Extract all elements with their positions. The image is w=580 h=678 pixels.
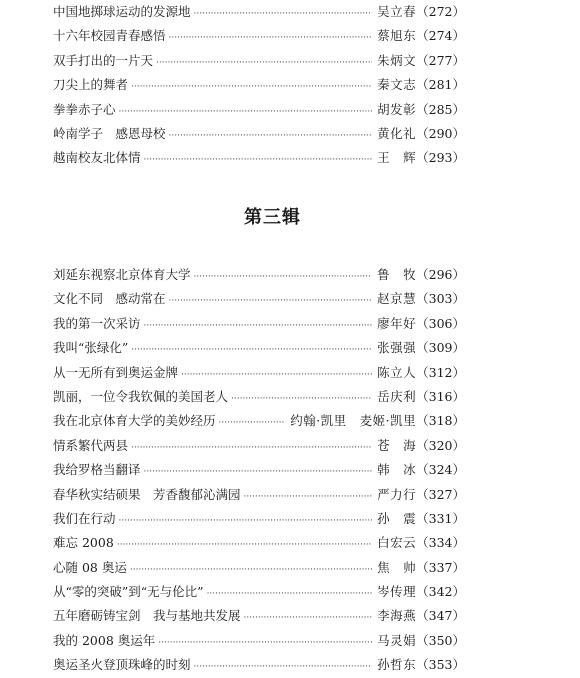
entry-page-number: （324） [416,458,465,482]
entry-page-number: （312） [416,361,465,385]
dot-leader [169,124,373,148]
entry-title: 我在北京体育大学的美妙经历 [53,409,216,433]
dot-leader [194,655,373,678]
toc-entry: 岭南学子 感恩母校黄化礼（290） [53,122,465,146]
entry-title: 岭南学子 感恩母校 [53,122,166,146]
entry-title: 我给罗格当翻译 [53,458,141,482]
toc-entry: 奥运圣火登顶珠峰的时刻孙哲东（353） [53,653,465,677]
toc-list-section-2: 中国地掷球运动的发源地吴立春（272） 十六年校园青春感悟蔡旭东（274） 双手… [53,0,465,171]
toc-entry: 从“零的突破”到“无与伦比”岑传理（342） [53,580,465,604]
toc-entry: 春华秋实结硕果 芳香馥郁沁满园严力行（327） [53,483,465,507]
entry-page-number: （347） [416,604,465,628]
toc-page: 中国地掷球运动的发源地吴立春（272） 十六年校园青春感悟蔡旭东（274） 双手… [0,0,580,678]
section-heading: 第三辑 [0,203,545,229]
dot-leader [219,411,286,435]
entry-title: 我们在行动 [53,507,116,531]
toc-entry: 从一无所有到奥运金牌陈立人（312） [53,361,465,385]
toc-entry: 双手打出的一片天朱炳文（277） [53,49,465,73]
entry-title: 我的 2008 奥运年 [53,629,155,653]
entry-author: 孙哲东 [377,653,416,677]
entry-page-number: （337） [416,556,465,580]
entry-page-number: （290） [416,122,465,146]
entry-author: 孙 震 [377,507,416,531]
dot-leader [117,533,372,557]
dot-leader [131,75,372,99]
dot-leader [194,265,373,289]
entry-title: 难忘 2008 [53,531,114,555]
toc-list-section-3: 刘延东视察北京体育大学鲁 牧（296） 文化不同 感动常在赵京慧（303） 我的… [53,263,465,678]
entry-title: 十六年校园青春感悟 [53,24,166,48]
dot-leader [131,436,372,460]
toc-entry: 心随 08 奥运焦 帅（337） [53,556,465,580]
entry-author: 李海燕 [377,604,416,628]
dot-leader [169,26,373,50]
toc-entry: 凯丽，一位令我钦佩的美国老人岳庆利（316） [53,385,465,409]
entry-author: 王 辉 [377,146,416,170]
entry-author: 张强强 [377,336,416,360]
entry-page-number: （272） [416,0,465,24]
entry-page-number: （334） [416,531,465,555]
entry-title: 从“零的突破”到“无与伦比” [53,580,204,604]
dot-leader [181,363,372,387]
entry-title: 我的第一次采访 [53,312,141,336]
entry-page-number: （316） [416,385,465,409]
dot-leader [158,631,372,655]
entry-page-number: （303） [416,287,465,311]
dot-leader [144,148,373,172]
entry-title: 情系繁代两县 [53,434,128,458]
dot-leader [119,100,373,124]
entry-title: 拳拳赤子心 [53,98,116,122]
dot-leader [131,338,372,362]
entry-author: 陈立人 [377,361,416,385]
entry-author: 约翰·凯里 麦姬·凯里 [290,409,416,433]
entry-page-number: （353） [416,653,465,677]
entry-author: 严力行 [377,483,416,507]
entry-title: 刀尖上的舞者 [53,73,128,97]
entry-author: 廖年好 [377,312,416,336]
entry-title: 五年磨砺铸宝剑 我与基地共发展 [53,604,241,628]
dot-leader [130,558,372,582]
toc-entry: 我们在行动孙 震（331） [53,507,465,531]
entry-author: 鲁 牧 [377,263,416,287]
toc-entry: 我叫“张绿化”张强强（309） [53,336,465,360]
entry-title: 越南校友北体情 [53,146,141,170]
dot-leader [144,460,373,484]
entry-page-number: （277） [416,49,465,73]
entry-page-number: （350） [416,629,465,653]
dot-leader [119,509,373,533]
toc-entry: 文化不同 感动常在赵京慧（303） [53,287,465,311]
entry-title: 凯丽，一位令我钦佩的美国老人 [53,385,228,409]
toc-entry: 刘延东视察北京体育大学鲁 牧（296） [53,263,465,287]
entry-page-number: （306） [416,312,465,336]
entry-author: 岳庆利 [377,385,416,409]
entry-page-number: （309） [416,336,465,360]
entry-title: 春华秋实结硕果 芳香馥郁沁满园 [53,483,241,507]
entry-page-number: （296） [416,263,465,287]
toc-entry: 情系繁代两县苍 海（320） [53,434,465,458]
entry-title: 我叫“张绿化” [53,336,128,360]
entry-title: 中国地掷球运动的发源地 [53,0,191,24]
entry-title: 心随 08 奥运 [53,556,127,580]
toc-entry: 越南校友北体情王 辉（293） [53,146,465,170]
entry-author: 胡发彰 [377,98,416,122]
entry-author: 白宏云 [377,531,416,555]
toc-entry: 难忘 2008白宏云（334） [53,531,465,555]
entry-title: 双手打出的一片天 [53,49,153,73]
entry-title: 从一无所有到奥运金牌 [53,361,178,385]
entry-page-number: （331） [416,507,465,531]
dot-leader [207,582,373,606]
dot-leader [244,606,373,630]
dot-leader [194,2,373,26]
entry-title: 刘延东视察北京体育大学 [53,263,191,287]
entry-page-number: （342） [416,580,465,604]
entry-author: 苍 海 [377,434,416,458]
entry-author: 蔡旭东 [377,24,416,48]
toc-entry: 我在北京体育大学的美妙经历约翰·凯里 麦姬·凯里（318） [53,409,465,433]
entry-author: 岑传理 [377,580,416,604]
toc-entry: 刀尖上的舞者秦文志（281） [53,73,465,97]
entry-author: 吴立春 [377,0,416,24]
dot-leader [244,485,373,509]
toc-entry: 拳拳赤子心胡发彰（285） [53,98,465,122]
entry-page-number: （320） [416,434,465,458]
entry-author: 马灵娟 [377,629,416,653]
entry-title: 文化不同 感动常在 [53,287,166,311]
entry-page-number: （293） [416,146,465,170]
entry-author: 黄化礼 [377,122,416,146]
toc-entry: 我给罗格当翻译韩 冰（324） [53,458,465,482]
entry-page-number: （285） [416,98,465,122]
entry-author: 朱炳文 [377,49,416,73]
toc-entry: 中国地掷球运动的发源地吴立春（272） [53,0,465,24]
toc-entry: 十六年校园青春感悟蔡旭东（274） [53,24,465,48]
entry-page-number: （274） [416,24,465,48]
toc-entry: 我的第一次采访廖年好（306） [53,312,465,336]
entry-author: 焦 帅 [377,556,416,580]
entry-page-number: （281） [416,73,465,97]
entry-author: 秦文志 [377,73,416,97]
entry-page-number: （327） [416,483,465,507]
toc-entry: 我的 2008 奥运年马灵娟（350） [53,629,465,653]
toc-entry: 五年磨砺铸宝剑 我与基地共发展李海燕（347） [53,604,465,628]
dot-leader [144,314,373,338]
dot-leader [169,289,373,313]
dot-leader [156,51,372,75]
entry-author: 赵京慧 [377,287,416,311]
entry-author: 韩 冰 [377,458,416,482]
entry-page-number: （318） [416,409,465,433]
entry-title: 奥运圣火登顶珠峰的时刻 [53,653,191,677]
dot-leader [231,387,372,411]
